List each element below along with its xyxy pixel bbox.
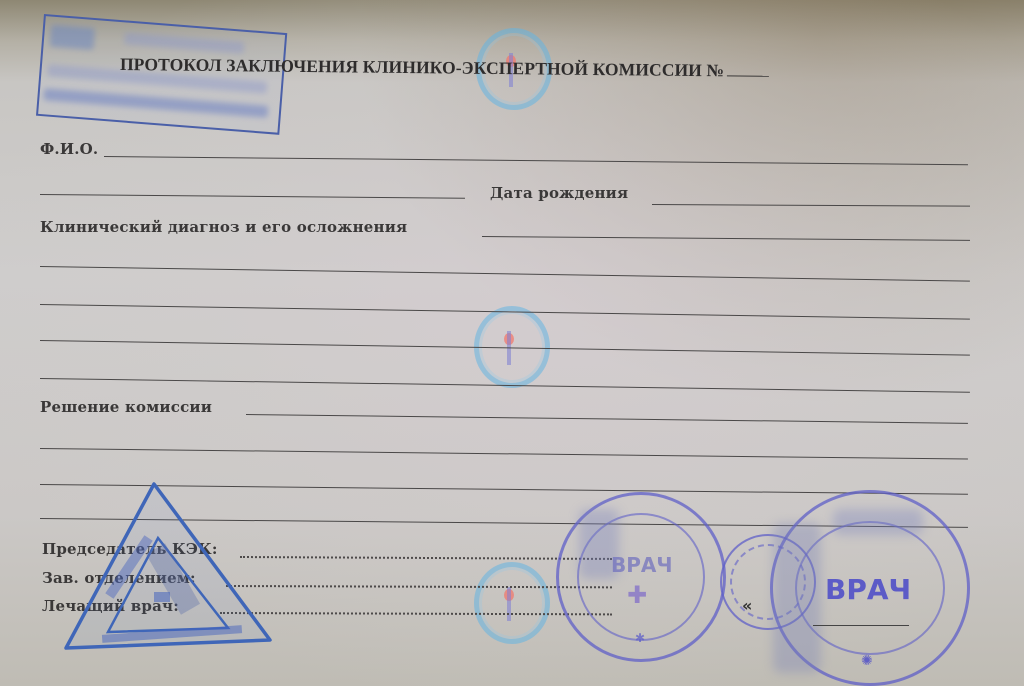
stamp-smear bbox=[773, 523, 821, 673]
full-name-field-line-2[interactable] bbox=[40, 194, 465, 199]
cross-icon: ✚ bbox=[627, 581, 647, 609]
triangle-stamp bbox=[62, 480, 274, 652]
diagnosis-field-line-2[interactable] bbox=[40, 266, 970, 282]
doctor-round-stamp-2: ВРАЧ ✺ bbox=[770, 490, 970, 686]
star-icon: ✱ bbox=[635, 631, 645, 645]
medical-emblem-icon bbox=[474, 562, 550, 644]
quote-mark: « bbox=[742, 596, 752, 615]
doctor-round-stamp-1: ВРАЧ ✚ ✱ bbox=[556, 492, 726, 662]
head-of-department-signature-field[interactable] bbox=[226, 585, 612, 588]
attending-physician-signature-field[interactable] bbox=[220, 612, 612, 615]
stamp-word: ВРАЧ bbox=[825, 573, 911, 606]
stamp-text-blur bbox=[124, 32, 245, 53]
protocol-number-field[interactable] bbox=[727, 75, 769, 76]
gear-icon: ✺ bbox=[861, 653, 873, 669]
birth-date-field[interactable] bbox=[652, 204, 970, 207]
birth-date-label: Дата рождения bbox=[490, 184, 628, 202]
stamp-smear bbox=[833, 509, 923, 535]
document-page: ПРОТОКОЛ ЗАКЛЮЧЕНИЯ КЛИНИКО-ЭКСПЕРТНОЙ К… bbox=[0, 0, 1024, 686]
stamp-text-blur bbox=[43, 88, 268, 118]
diagnosis-label: Клинический диагноз и его осложнения bbox=[40, 218, 407, 236]
stamp-logo-blur bbox=[49, 25, 95, 50]
full-name-field[interactable] bbox=[104, 156, 968, 165]
stamp-underline bbox=[813, 625, 909, 626]
decision-field-line-2[interactable] bbox=[40, 448, 968, 460]
decision-field[interactable] bbox=[246, 414, 968, 424]
decision-label: Решение комиссии bbox=[40, 398, 212, 416]
full-name-label: Ф.И.О. bbox=[40, 140, 98, 158]
chairman-signature-field[interactable] bbox=[240, 556, 612, 560]
stamp-word: ВРАЧ bbox=[611, 553, 673, 577]
diagnosis-field[interactable] bbox=[482, 236, 970, 241]
